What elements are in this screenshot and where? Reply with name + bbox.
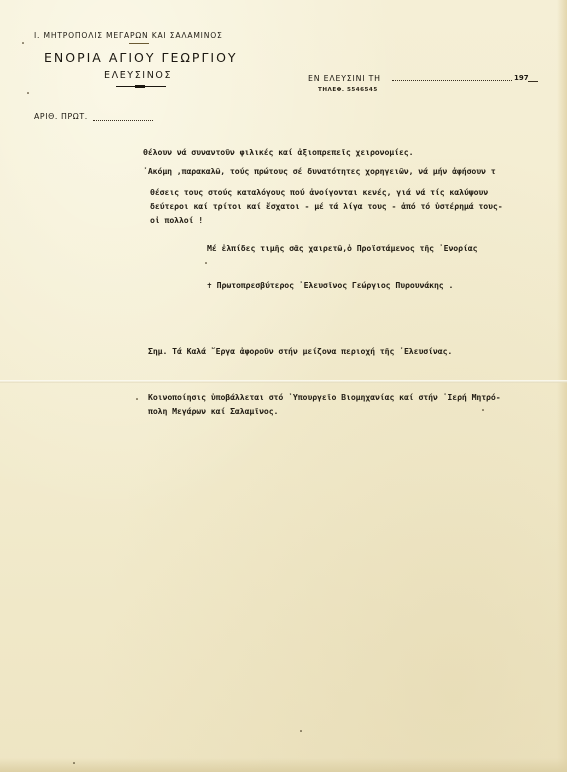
body-line: ᾿Ακόμη ,παρακαλῶ, τούς πρώτους σέ δυνατό…	[143, 166, 496, 176]
paper-speck	[73, 762, 75, 764]
dateline-place: ΕΝ ΕΛΕΥΣΙΝΙ ΤΗ	[308, 74, 381, 83]
closing-line: Μέ ἐλπίδες τιμῆς σᾶς χαιρετῶ,ὁ Προϊστάμε…	[207, 243, 477, 253]
protocol-number-label: ΑΡΙΘ. ΠΡΩΤ.	[34, 112, 88, 121]
paper-speck	[136, 398, 138, 400]
year-prefix: 197	[514, 74, 529, 82]
body-line: θέσεις τους στούς καταλόγους πού ἀνοίγον…	[150, 187, 488, 197]
ornament-rule-center	[135, 85, 145, 88]
phone-number: ΤΗΛΕΦ. 5546545	[318, 87, 378, 93]
cc-line: Κοινοποίησις ὑποβάλλεται στό ῾Υπουργεῖο …	[148, 392, 501, 402]
paper-speck	[205, 262, 207, 264]
paper-speck	[22, 42, 24, 44]
note-line: Σημ. Τά Καλά ῎Εργα ἀφοροῦν στήν μείζονα …	[148, 346, 452, 356]
paper-fold-crease	[0, 380, 567, 383]
body-line: θέλουν νά συναντοῦν φιλικές καί ἀξιοπρεπ…	[143, 147, 413, 157]
paper-edge-shadow	[557, 0, 567, 772]
body-line: οἱ πολλοί !	[150, 215, 203, 225]
date-blank	[392, 80, 512, 81]
parish-title: ΕΝΟΡΙΑ ΑΓΙΟΥ ΓΕΩΡΓΙΟΥ	[44, 50, 254, 65]
town-subtitle: ΕΛΕΥΣΙΝΟΣ	[104, 70, 172, 81]
metropolis-heading: Ι. ΜΗΤΡΟΠΟΛΙΣ ΜΕΓΑΡΩΝ ΚΑΙ ΣΑΛΑΜΙΝΟΣ	[34, 31, 264, 40]
year-blank	[528, 81, 538, 82]
paper-speck	[27, 92, 29, 94]
signature-line: ✝ Πρωτοπρεσβύτερος ᾿Ελευσῖνος Γεώργιος Π…	[207, 280, 453, 290]
paper-bottom-shadow	[0, 758, 567, 772]
body-line: δεύτεροι καί τρίτοι καί ἔσχατοι - μέ τά …	[150, 201, 503, 211]
paper-speck	[300, 730, 302, 732]
protocol-number-blank	[93, 120, 153, 121]
paper-speck	[482, 409, 484, 411]
heading-divider	[129, 43, 149, 44]
cc-line: πολη Μεγάρων καί Σαλαμῖνος.	[148, 406, 278, 416]
